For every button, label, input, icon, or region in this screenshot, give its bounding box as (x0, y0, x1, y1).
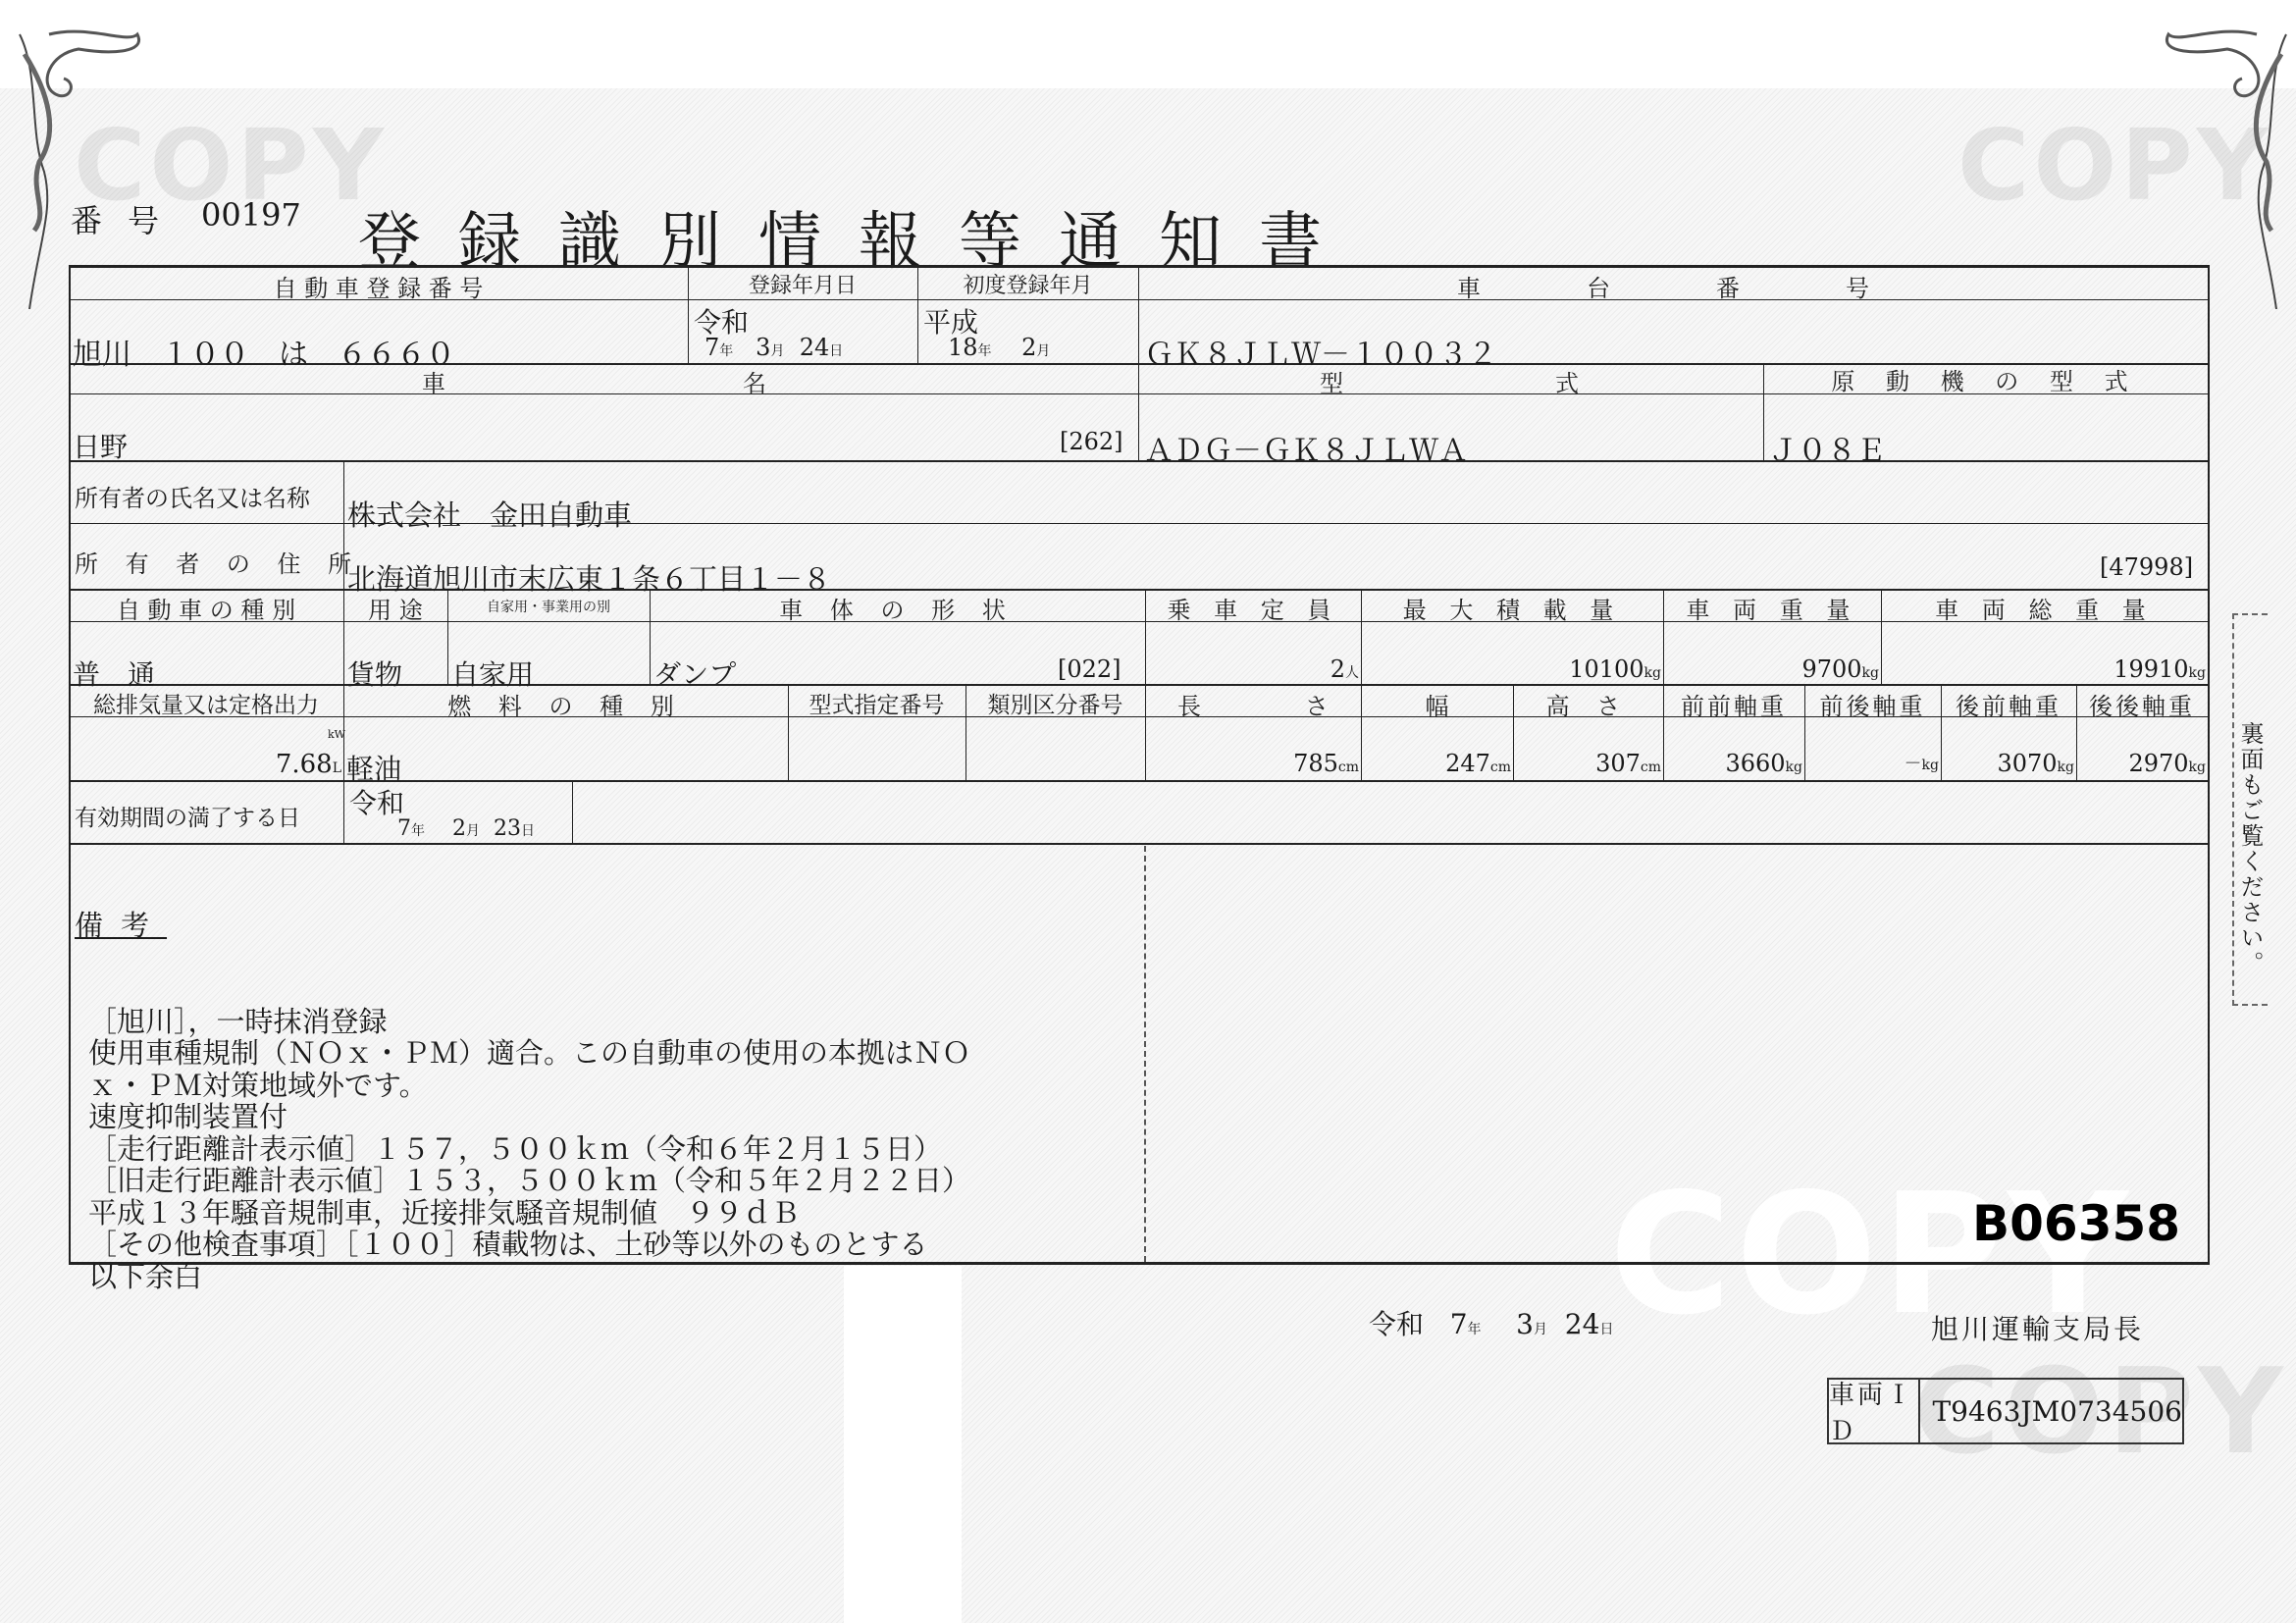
remarks-line: ［走行距離計表示値］１５７，５００ｋｍ（令和６年２月１５日） (88, 1133, 970, 1166)
control-code: B06358 (1972, 1195, 2180, 1252)
validity-date: 7年 2月 23日 (397, 816, 535, 841)
kind-header: 自 動 車 の 種 別 (69, 591, 343, 625)
gross-weight: 19910 (2113, 655, 2188, 683)
category-number-header: 類別区分番号 (965, 687, 1145, 719)
see-reverse-note: 裏面もご覧ください。 (2232, 613, 2268, 1006)
reg-date-month: 3 (756, 334, 770, 361)
engine-model: Ｊ０８Ｅ (1768, 426, 1886, 469)
max-load-value: 10100kg (1361, 655, 1661, 683)
fr-axle-header: 前後軸重 (1804, 687, 1941, 721)
vehicle-name: 日野 (73, 426, 128, 465)
unit: 年 (978, 343, 992, 359)
rf-axle: 3070 (1997, 750, 2057, 777)
unit: 月 (770, 343, 784, 359)
reg-date-year: 7 (704, 334, 719, 361)
vehicle-id-label: 車両ＩＤ (1829, 1380, 1920, 1442)
remarks-line: 以下余白 (88, 1261, 970, 1293)
validity-year: 7 (397, 816, 411, 841)
rr-axle-header: 後後軸重 (2076, 687, 2208, 721)
issue-era: 令和 (1369, 1308, 1424, 1340)
validity-label: 有効期間の満了する日 (75, 800, 300, 832)
engine-header: 原 動 機 の 型 式 (1763, 362, 2208, 396)
gross-weight-header: 車 両 総 重 量 (1881, 591, 2208, 625)
length: 785 (1293, 750, 1338, 777)
owner-name: 株式会社 金田自動車 (347, 494, 632, 534)
chassis-header: 車 台 番 号 (1138, 269, 2208, 303)
height-value: 307cm (1513, 750, 1661, 777)
table-border (69, 265, 2210, 268)
issue-day: 24 (1565, 1308, 1600, 1340)
rf-axle-value: 3070kg (1941, 750, 2074, 777)
ff-axle-header: 前前軸重 (1663, 687, 1804, 721)
first-reg-header: 初度登録年月 (917, 269, 1138, 299)
displacement-header: 総排気量又は定格出力 (69, 687, 343, 719)
remarks-lines: ［旭川］，一時抹消登録使用車種規制（ＮＯｘ・ＰＭ）適合。この自動車の使用の本拠は… (75, 1006, 970, 1293)
validity-era: 令和 (349, 782, 404, 821)
owner-name-label: 所有者の氏名又は名称 (75, 479, 310, 513)
remarks-line: 平成１３年騒音規制車，近接排気騒音規制値 ９９ｄＢ (88, 1197, 970, 1230)
ff-axle-value: 3660kg (1663, 750, 1802, 777)
weight-value: 9700kg (1663, 655, 1879, 683)
owner-address-code: [47998] (2100, 553, 2193, 581)
vehicle-model: ＡＤＧ－ＧＫ８ＪＬＷＡ (1144, 426, 1468, 469)
rf-axle-header: 後前軸重 (1941, 687, 2076, 721)
vehicle-name-header: 名 (743, 364, 766, 398)
validity-month: 2 (452, 816, 466, 841)
owner-address-label: 所 有 者 の 住 所 (75, 545, 361, 579)
width-header: 幅 (1361, 687, 1513, 721)
remarks-line: ｘ・ＰＭ対策地域外です。 (88, 1070, 970, 1102)
issuer: 旭川運輸支局長 (1931, 1308, 2144, 1347)
unit: 月 (1036, 343, 1050, 359)
fr-axle-value: －kg (1804, 750, 1939, 775)
fuel-header: 燃 料 の 種 別 (343, 687, 788, 721)
unit: kg (1922, 758, 1939, 773)
unit: kg (1862, 665, 1879, 681)
vehicle-id-box: 車両ＩＤ T9463JM0734506 (1827, 1378, 2184, 1444)
unit: 年 (1468, 1322, 1482, 1337)
row-divider (69, 460, 2210, 462)
serial-number: 00197 (201, 196, 301, 234)
height: 307 (1595, 750, 1641, 777)
max-load-header: 最 大 積 載 量 (1361, 591, 1663, 625)
serial-label: 番号 (71, 196, 184, 241)
reg-date-header: 登録年月日 (688, 269, 917, 299)
unit: kg (1644, 665, 1661, 681)
max-load: 10100 (1569, 655, 1644, 683)
issue-date: 令和 7年 3月 24日 (1369, 1303, 1613, 1342)
remarks-title: 備考 (75, 910, 970, 942)
unit: cm (1641, 759, 1661, 775)
first-reg-month: 2 (1021, 334, 1036, 361)
width: 247 (1445, 750, 1490, 777)
displacement-unit-top: kW (328, 728, 345, 741)
unit: cm (1490, 759, 1511, 775)
use-header: 用 途 (343, 591, 447, 625)
weight: 9700 (1801, 655, 1861, 683)
length-value: 785cm (1145, 750, 1359, 777)
displacement: 7.68 (276, 750, 333, 779)
height-header: 高 さ (1513, 687, 1663, 721)
type-designation-header: 型式指定番号 (788, 687, 965, 719)
unit: 日 (1599, 1322, 1613, 1337)
model-header: 型 (1320, 364, 1343, 398)
length-header: 長 (1177, 687, 1201, 721)
vehicle-name-code: [262] (1060, 428, 1123, 455)
unit: 日 (829, 343, 843, 359)
row-divider (69, 843, 2210, 845)
unit: 月 (1534, 1322, 1547, 1337)
model-header: 式 (1555, 364, 1579, 398)
displacement-value: 7.68L (69, 750, 341, 779)
first-reg-year: 18 (948, 334, 978, 361)
rr-axle-value: 2970kg (2076, 750, 2206, 777)
capacity: 2 (1331, 655, 1345, 683)
body-shape-header: 車 体 の 形 状 (650, 591, 1145, 625)
capacity-value: 2人 (1145, 655, 1359, 683)
width-value: 247cm (1361, 750, 1511, 777)
reg-number: 旭川 １００ は ６６６０ (73, 330, 455, 373)
private-business-header: 自家用・事業用の別 (447, 597, 650, 616)
unit: cm (1338, 759, 1359, 775)
remarks-line: 速度抑制装置付 (88, 1101, 970, 1133)
remarks-line: ［旭川］，一時抹消登録 (88, 1006, 970, 1038)
unit: kg (1786, 759, 1802, 775)
issue-year: 7 (1450, 1308, 1468, 1340)
unit: kg (2189, 759, 2206, 775)
capacity-header: 乗 車 定 員 (1145, 591, 1361, 625)
first-reg-date: 18年 2月 (948, 334, 1050, 361)
unit: 人 (1345, 665, 1359, 681)
reg-number-header: 自 動 車 登 録 番 号 (69, 269, 688, 303)
rr-axle: 2970 (2128, 750, 2188, 777)
weight-header: 車 両 重 量 (1663, 591, 1881, 625)
unit: 月 (466, 823, 480, 839)
certificate-page: COPY COPY COPY COPY 番号 00197 登録識別情報等通知書 (0, 0, 2296, 1623)
remarks-section: 備考 ［旭川］，一時抹消登録使用車種規制（ＮＯｘ・ＰＭ）適合。この自動車の使用の… (75, 846, 970, 1356)
table-border (2208, 265, 2210, 1265)
issue-month: 3 (1516, 1308, 1534, 1340)
vehicle-name-header: 車 (422, 364, 445, 398)
gross-weight-value: 19910kg (1881, 655, 2206, 683)
unit: 年 (411, 823, 425, 839)
col-divider (343, 460, 344, 843)
unit: L (333, 760, 341, 776)
remarks-line: 使用車種規制（ＮＯｘ・ＰＭ）適合。この自動車の使用の本拠はＮＯ (88, 1037, 970, 1070)
fr-axle: － (1905, 754, 1922, 774)
length-header: さ (1305, 687, 1329, 721)
validity-day: 23 (494, 816, 521, 841)
remarks-divider (1144, 846, 1146, 1262)
vehicle-id-value: T9463JM0734506 (1920, 1380, 2182, 1442)
col-divider (572, 780, 573, 843)
unit: kg (2058, 759, 2074, 775)
remarks-line: ［その他検査事項］［１００］積載物は、土砂等以外のものとする (88, 1229, 970, 1261)
reg-date-day: 24 (800, 334, 830, 361)
unit: kg (2189, 665, 2206, 681)
unit: 年 (719, 343, 733, 359)
fuel-type: 軽油 (346, 748, 401, 787)
background-blank-band (0, 0, 2296, 88)
unit: 日 (521, 823, 535, 839)
remarks-line: ［旧走行距離計表示値］１５３，５００ｋｍ（令和５年２月２２日） (88, 1165, 970, 1197)
body-shape-code: [022] (1058, 655, 1122, 683)
reg-date: 7年 3月 24日 (704, 334, 843, 361)
ff-axle: 3660 (1725, 750, 1785, 777)
